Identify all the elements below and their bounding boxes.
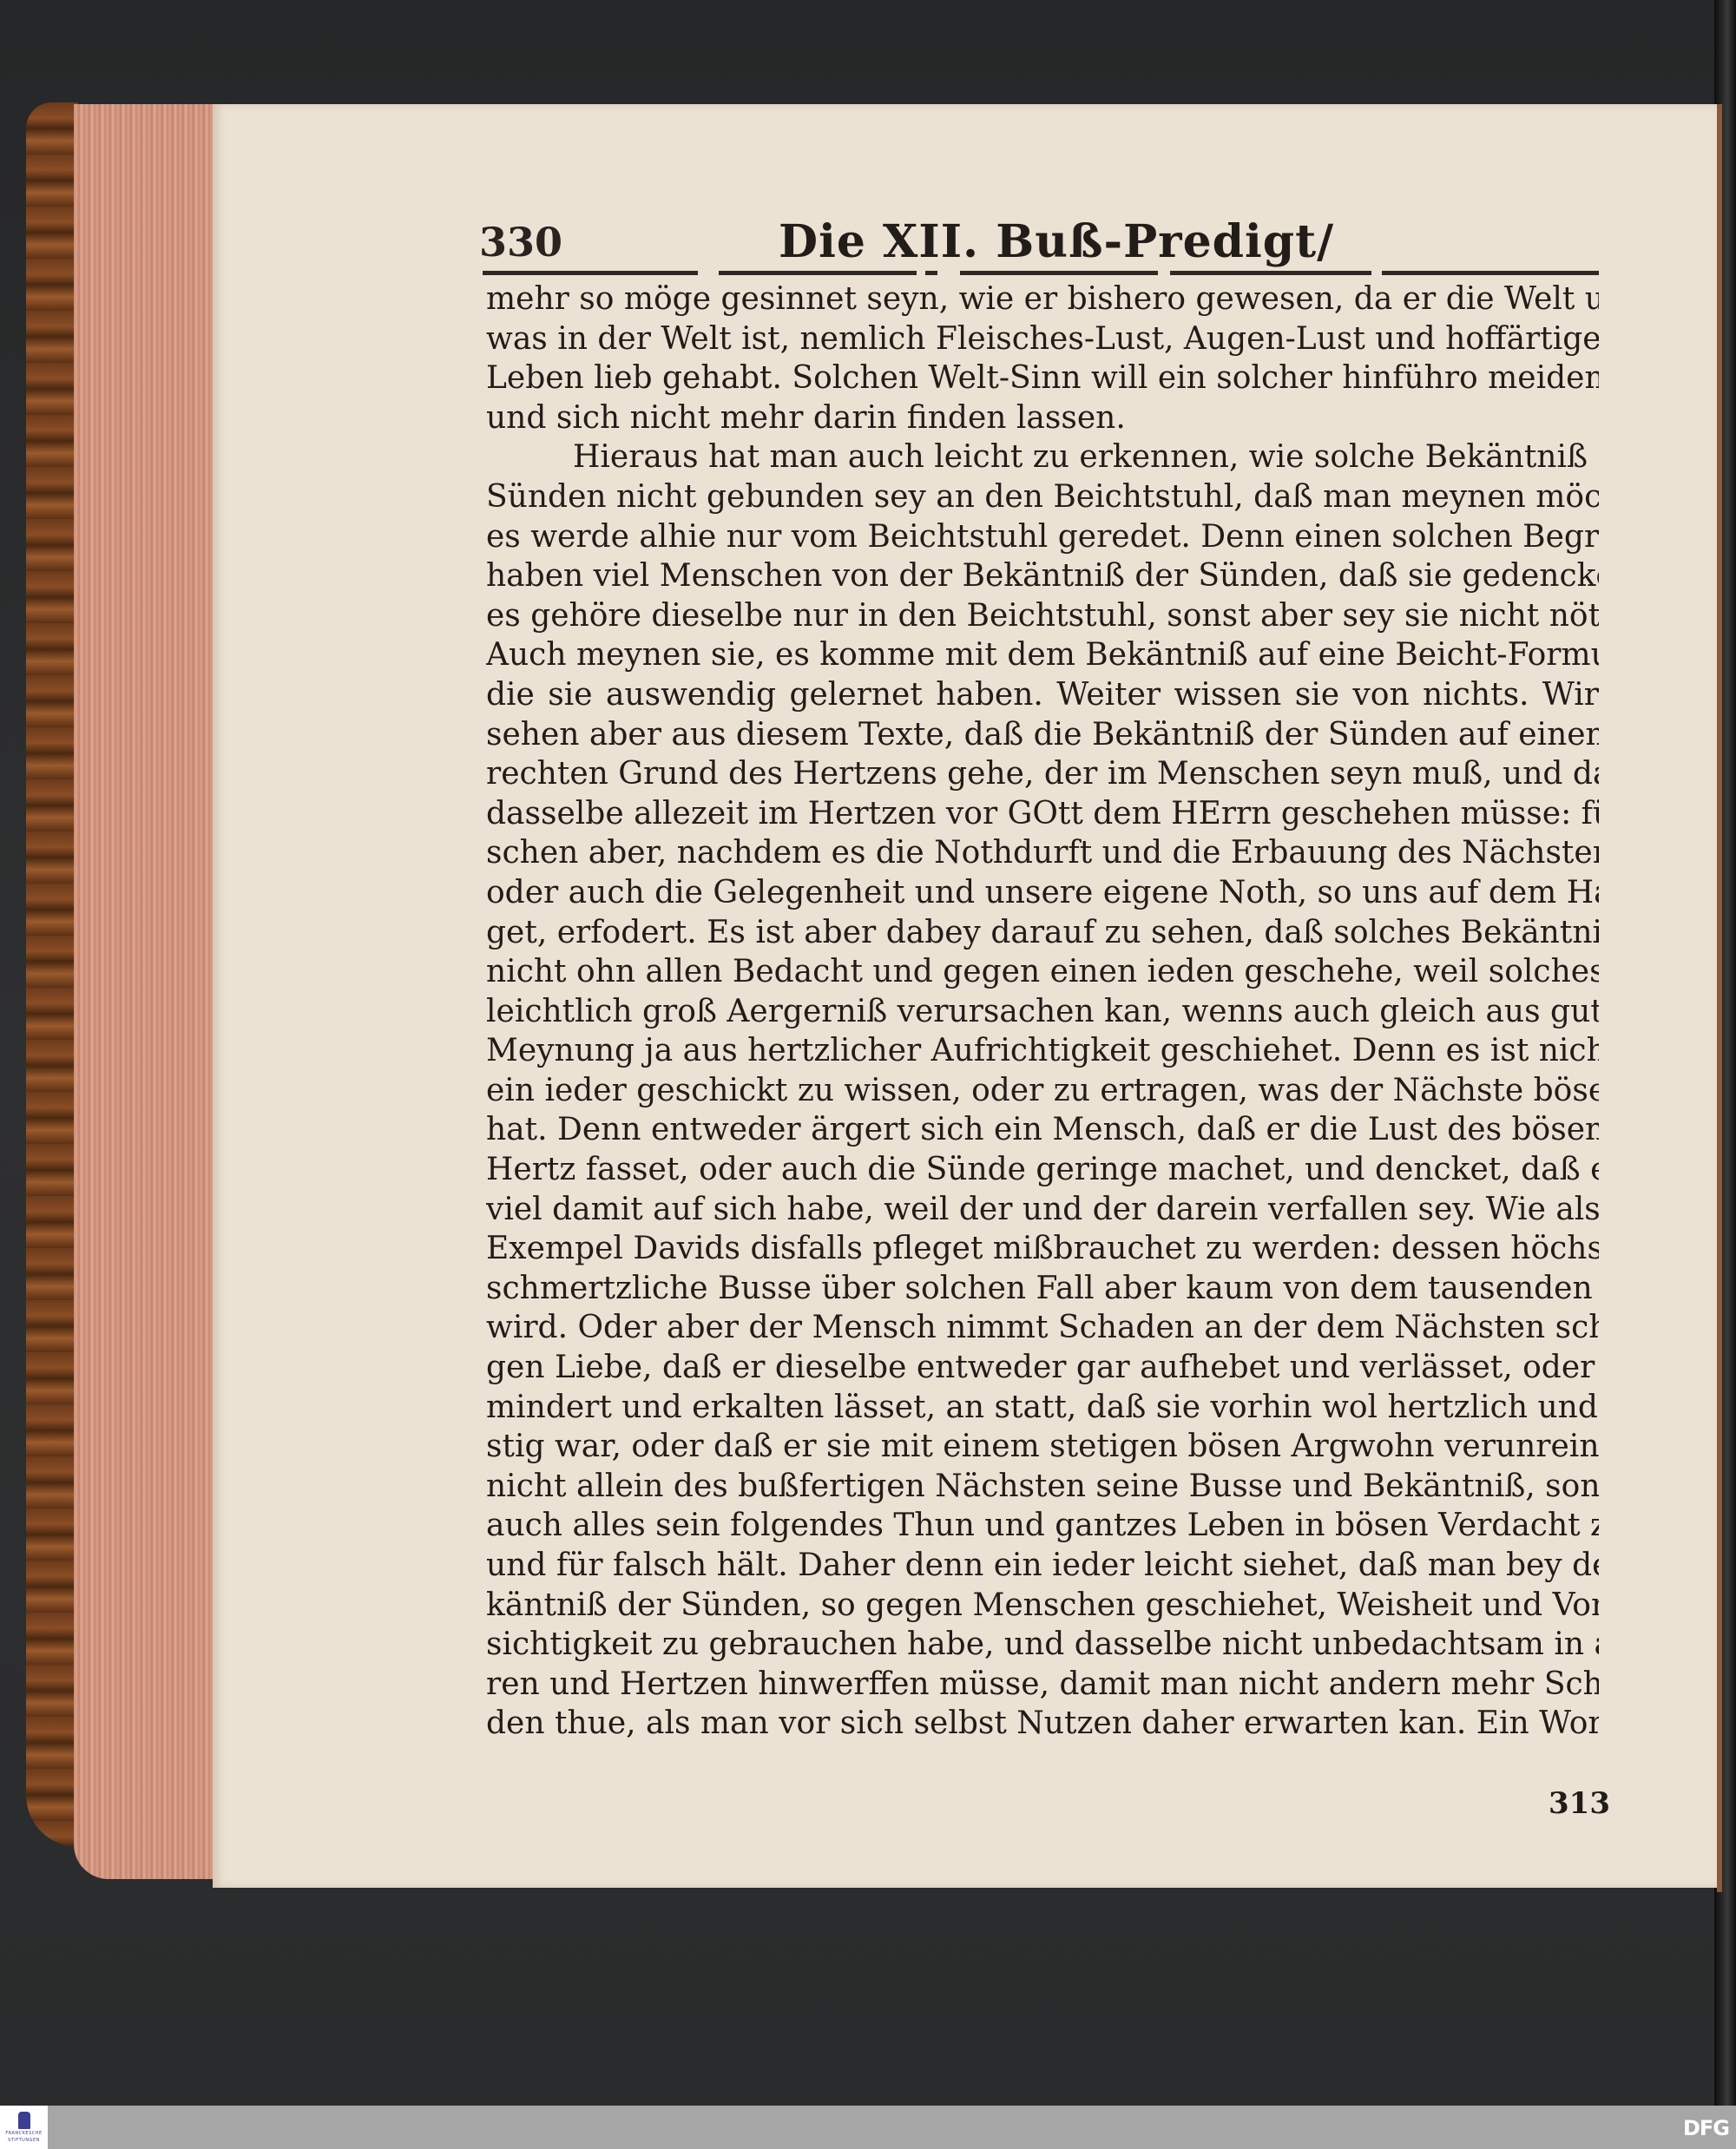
running-title: Die XII. Buß-Predigt/ xyxy=(779,215,1334,268)
text-line: die sie auswendig gelernet haben. Weiter… xyxy=(486,675,1599,715)
text-line: sehen aber aus diesem Texte, daß die Bek… xyxy=(486,715,1599,755)
statue-icon xyxy=(18,2112,30,2129)
text-line: get, erfodert. Es ist aber dabey darauf … xyxy=(486,913,1599,953)
header-rule-segment xyxy=(960,271,1158,275)
page-right-edge xyxy=(1717,104,1722,1892)
text-line: Hertz fasset, oder auch die Sünde gering… xyxy=(486,1150,1599,1190)
text-line-with-catchword: den thue, als man vor sich selbst Nutzen… xyxy=(486,1704,1599,1744)
text-line: sichtigkeit zu gebrauchen habe, und dass… xyxy=(486,1625,1599,1665)
text-line: nicht allein des bußfertigen Nächsten se… xyxy=(486,1467,1599,1507)
text-line: haben viel Menschen von der Bekäntniß de… xyxy=(486,556,1599,596)
text-line: leichtlich groß Aergerniß verursachen ka… xyxy=(486,992,1599,1032)
text-line: auch alles sein folgendes Thun und gantz… xyxy=(486,1506,1599,1546)
page-number: 330 xyxy=(479,219,562,266)
text-line: käntniß der Sünden, so gegen Menschen ge… xyxy=(486,1586,1599,1626)
text-line: was in der Welt ist, nemlich Fleisches-L… xyxy=(486,319,1599,359)
header-rule-segment xyxy=(1382,271,1599,275)
text-line: nicht ohn allen Bedacht und gegen einen … xyxy=(486,952,1599,992)
page-header: 330 Die XII. Buß-Predigt/ xyxy=(479,215,1601,276)
text-line: Meynung ja aus hertzlicher Aufrichtigkei… xyxy=(486,1031,1599,1071)
text-line: rechten Grund des Hertzens gehe, der im … xyxy=(486,754,1599,794)
francke-foundations-logo[interactable]: FRANCKESCHE STIFTUNGEN xyxy=(0,2106,48,2149)
dfg-logo[interactable]: DFG xyxy=(1683,2116,1729,2140)
text-line: dasselbe allezeit im Hertzen vor GOtt de… xyxy=(486,794,1599,834)
text-line: schen aber, nachdem es die Nothdurft und… xyxy=(486,833,1599,873)
book-binding xyxy=(26,102,78,1847)
paragraph-start-line: Hieraus hat man auch leicht zu erkennen,… xyxy=(486,437,1599,477)
text-line: gen Liebe, daß er dieselbe entweder gar … xyxy=(486,1348,1599,1388)
text-line: Auch meynen sie, es komme mit dem Bekänt… xyxy=(486,635,1599,675)
logo-text-line1: FRANCKESCHE xyxy=(5,2131,42,2136)
header-rule-segment xyxy=(719,271,917,275)
text-line: schmertzliche Busse über solchen Fall ab… xyxy=(486,1269,1599,1309)
text-line: mehr so möge gesinnet seyn, wie er bishe… xyxy=(486,279,1599,319)
text-line: viel damit auf sich habe, weil der und d… xyxy=(486,1190,1599,1230)
text-line: Leben lieb gehabt. Solchen Welt-Sinn wil… xyxy=(486,358,1599,398)
text-line: es werde alhie nur vom Beichtstuhl gered… xyxy=(486,517,1599,557)
text-line: wird. Oder aber der Mensch nimmt Schaden… xyxy=(486,1308,1599,1348)
text-line: ren und Hertzen hinwerffen müsse, damit … xyxy=(486,1665,1599,1705)
header-rule-segment xyxy=(483,271,698,275)
logo-text-line2: STIFTUNGEN xyxy=(8,2138,40,2143)
text-line: stig war, oder daß er sie mit einem stet… xyxy=(486,1427,1599,1467)
text-line: und für falsch hält. Daher denn ein iede… xyxy=(486,1546,1599,1586)
text-line: oder auch die Gelegenheit und unsere eig… xyxy=(486,873,1599,913)
body-text: mehr so möge gesinnet seyn, wie er bishe… xyxy=(486,279,1599,1744)
text-line: und sich nicht mehr darin finden lassen. xyxy=(486,398,1599,438)
header-rule-segment xyxy=(1170,271,1371,275)
text-line: es gehöre dieselbe nur in den Beichtstuh… xyxy=(486,596,1599,636)
text-line: ein ieder geschickt zu wissen, oder zu e… xyxy=(486,1071,1599,1111)
text-line: mindert und erkalten lässet, an statt, d… xyxy=(486,1388,1599,1428)
text-line: Sünden nicht gebunden sey an den Beichts… xyxy=(486,477,1599,517)
text-line: Exempel Davids disfalls pfleget mißbrauc… xyxy=(486,1229,1599,1269)
signature-mark: 313 xyxy=(1549,1786,1610,1821)
header-rule-segment xyxy=(925,271,937,275)
page-edges-red xyxy=(74,104,213,1879)
text-line: hat. Denn entweder ärgert sich ein Mensc… xyxy=(486,1110,1599,1150)
viewer-footer-bar: FRANCKESCHE STIFTUNGEN DFG xyxy=(0,2106,1736,2149)
